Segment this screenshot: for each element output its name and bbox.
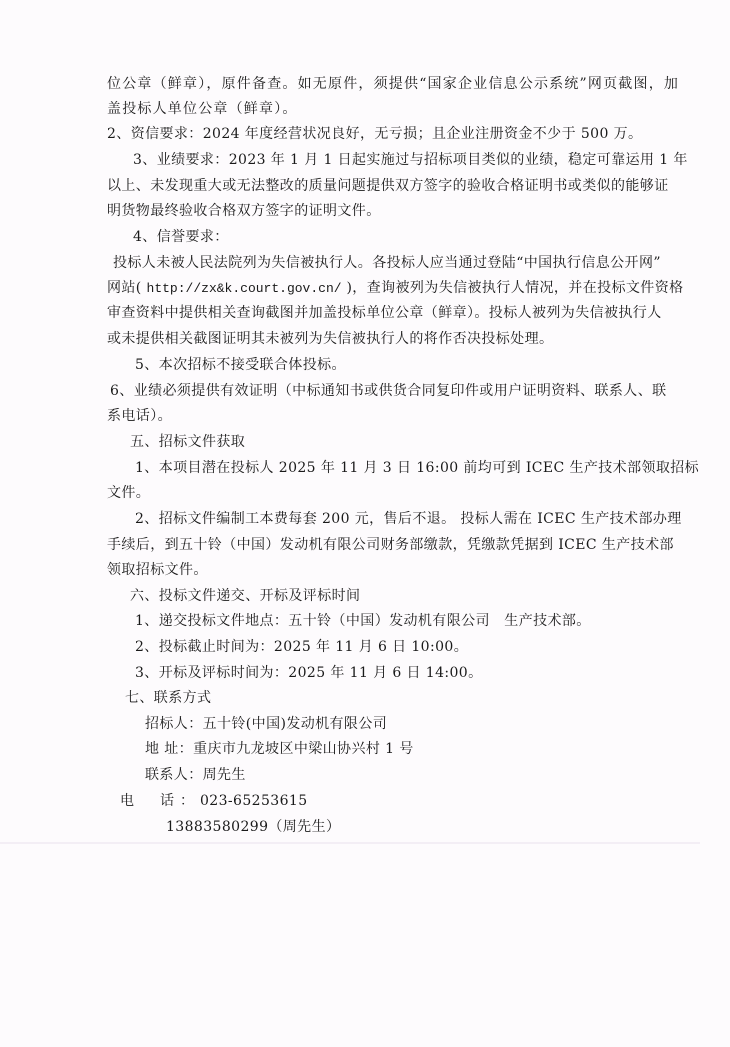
section-6-heading: 六、投标文件递交、开标及评标时间: [130, 587, 360, 605]
qual-3-performance-line-3: 明货物最终验收合格双方签字的证明文件。: [107, 202, 381, 220]
qual-6-proof-line-1: 6、业绩必须提供有效证明（中标通知书或供货合同复印件或用户证明资料、联系人、联: [110, 382, 667, 400]
section-5-item-2-line-1: 2、招标文件编制工本费每套 200 元，售后不退。 投标人需在 ICEC 生产技…: [135, 510, 682, 528]
section-5-item-1-line-2: 文件。: [107, 484, 150, 502]
tenderer-value: 五十铃(中国)发动机有限公司: [203, 716, 388, 732]
qual-6-proof-line-2: 系电话）。: [107, 407, 172, 425]
contact-person-label: 联系人：: [145, 767, 203, 783]
contact-tenderer-row: 招标人：五十铃(中国)发动机有限公司: [145, 715, 387, 733]
qual-1-tail-line-1: 位公章（鲜章），原件备查。如无原件，须提供“国家企业信息公示系统”网页截图，加: [107, 75, 679, 93]
qual-4-heading: 4、信誉要求：: [133, 228, 229, 246]
document-page: 位公章（鲜章），原件备查。如无原件，须提供“国家企业信息公示系统”网页截图，加 …: [0, 0, 730, 1047]
qual-4-credit-line-2: 网站( http://zx&k.court.gov.cn/ )，查询被列为失信被…: [107, 279, 684, 297]
qual-4-credit-line-1: 投标人未被人民法院列为失信被执行人。各投标人应当通过登陆“中国执行信息公开网”: [113, 254, 661, 272]
contact-address-row: 地 址：重庆市九龙坡区中梁山协兴村 1 号: [145, 740, 414, 758]
qual-4-credit-line-3: 审查资料中提供相关查询截图并加盖投标单位公章（鲜章）。投标人被列为失信被执行人: [107, 304, 662, 322]
phone-value-landline: 023-65253615: [200, 793, 308, 809]
section-5-item-2-line-3: 领取招标文件。: [107, 561, 208, 579]
qual-4-credit-line-4: 或未提供相关截图证明其未被列为失信被执行人的将作否决投标处理。: [107, 330, 553, 348]
contact-phone-mobile: 13883580299（周先生）: [166, 818, 340, 836]
qual-3-performance-line-2: 以上、未发现重大或无法整改的质量问题提供双方签字的验收合格证明书或类似的能够证: [107, 177, 669, 195]
address-value: 重庆市九龙坡区中梁山协兴村 1 号: [193, 741, 414, 757]
address-label: 地 址：: [145, 741, 193, 757]
qual-2-financial: 2、资信要求：2024 年度经营状况良好，无亏损；且企业注册资金不少于 500 …: [107, 125, 642, 143]
court-website-url: http://zx&k.court.gov.cn/: [147, 281, 342, 296]
phone-label: 电 话：: [120, 793, 200, 809]
contact-person-value: 周先生: [203, 767, 246, 783]
section-5-heading: 五、招标文件获取: [130, 433, 245, 451]
scan-artifact-divider: [0, 842, 700, 844]
tenderer-label: 招标人：: [145, 716, 203, 732]
section-5-item-1-line-1: 1、本项目潜在投标人 2025 年 11 月 3 日 16:00 前均可到 IC…: [135, 459, 699, 477]
qual-5-no-consortium: 5、本次招标不接受联合体投标。: [135, 356, 346, 374]
section-6-item-3-opening: 3、开标及评标时间为：2025 年 11 月 6 日 14:00。: [135, 664, 483, 682]
section-6-item-1-location: 1、递交投标文件地点：五十铃（中国）发动机有限公司 生产技术部。: [135, 612, 591, 630]
qual-3-performance-line-1: 3、业绩要求：2023 年 1 月 1 日起实施过与招标项目类似的业绩，稳定可靠…: [133, 151, 688, 169]
contact-person-row: 联系人：周先生: [145, 766, 246, 784]
section-6-item-2-deadline: 2、投标截止时间为：2025 年 11 月 6 日 10:00。: [135, 638, 468, 656]
qual-4-website-prefix: 网站(: [107, 280, 142, 296]
section-7-heading: 七、联系方式: [125, 689, 211, 707]
qual-1-tail-line-2: 盖投标人单位公章（鲜章）。: [107, 100, 298, 118]
section-5-item-2-line-2: 手续后，到五十铃（中国）发动机有限公司财务部缴款，凭缴款凭据到 ICEC 生产技…: [107, 536, 674, 554]
contact-phone-row: 电 话：023-65253615: [120, 792, 308, 810]
qual-4-website-suffix: )，查询被列为失信被执行人情况，并在投标文件资格: [346, 280, 683, 296]
